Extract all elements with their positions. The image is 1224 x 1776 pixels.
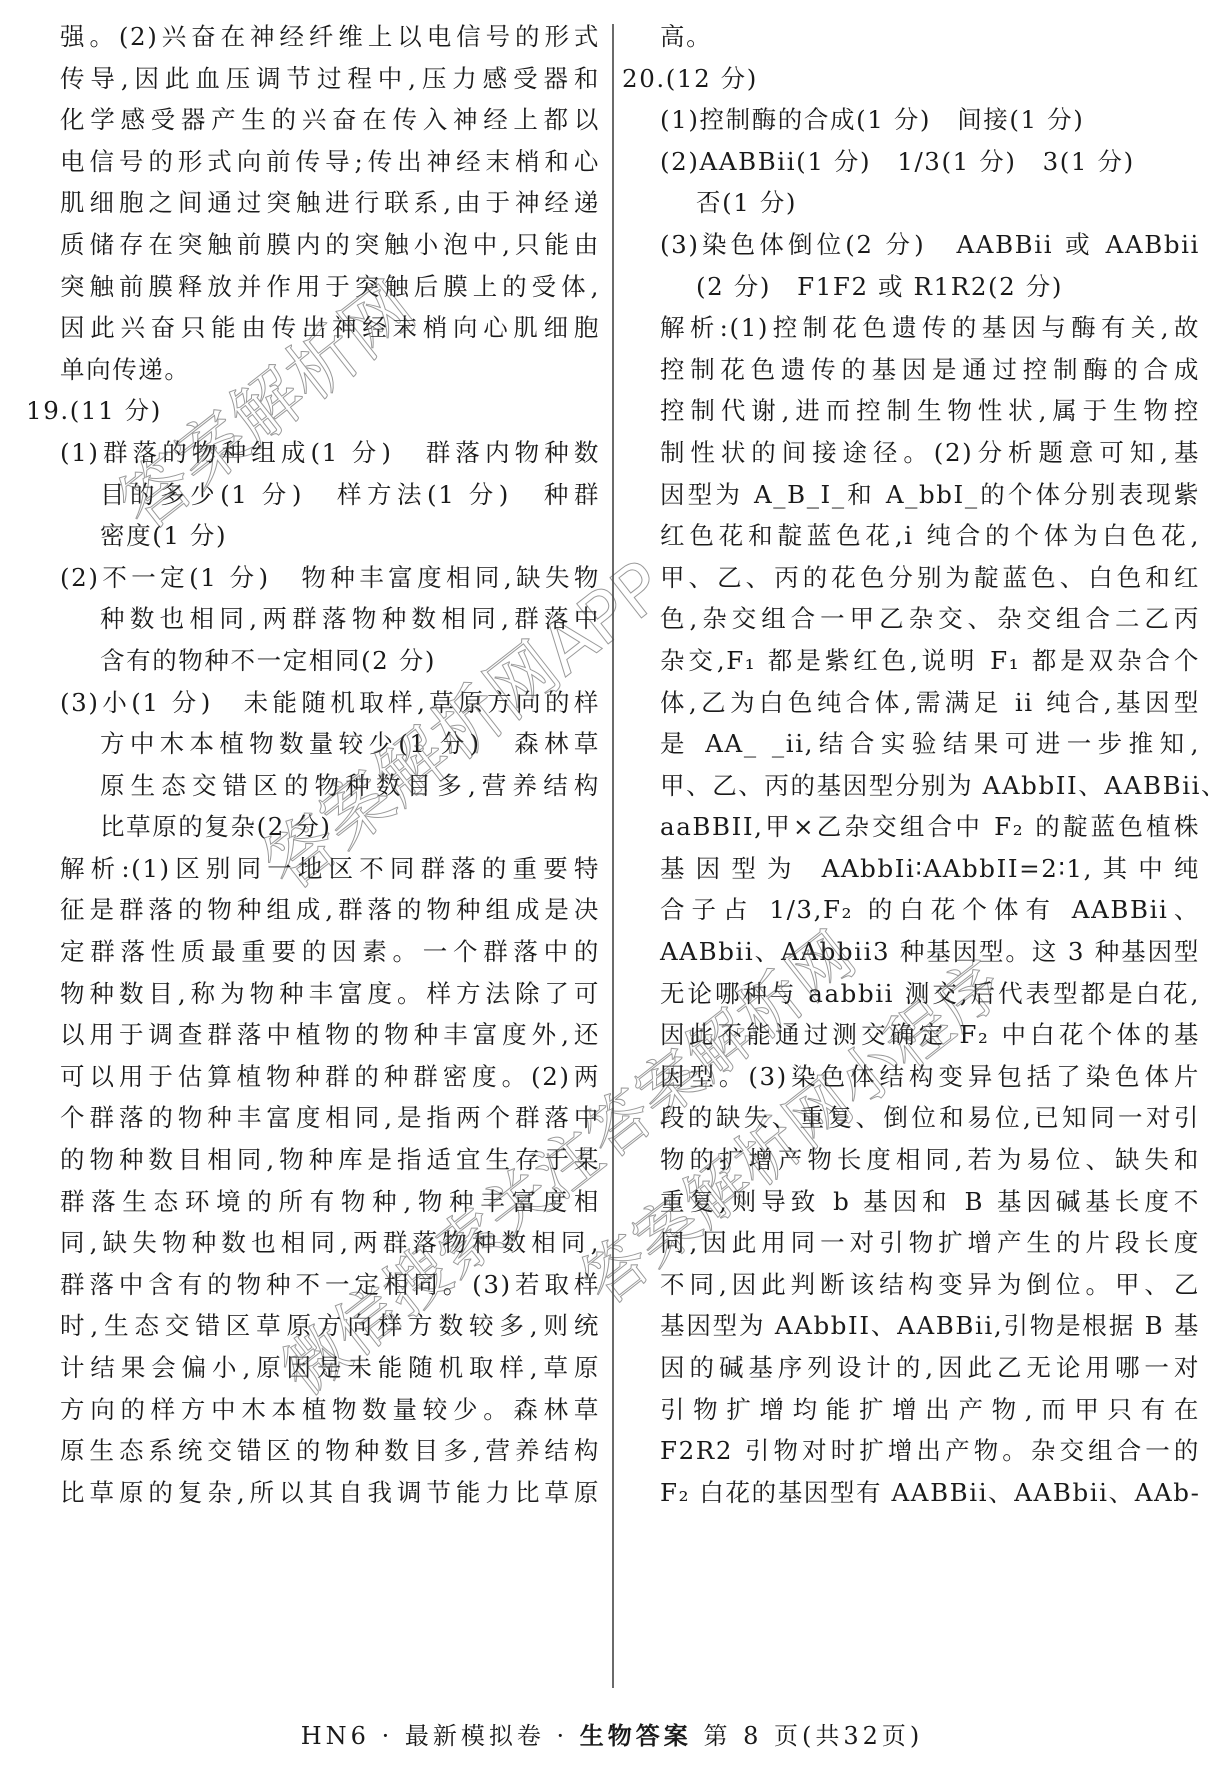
answer-line: 否(1 分) [660,182,1200,224]
answer-line: 种数也相同,两群落物种数相同,群落中 [60,598,600,640]
analysis-line: 因此不能通过测交确定 F₂ 中白花个体的基 [660,1014,1200,1056]
analysis-line: 基因型为 AAbbIi∶AAbbII=2∶1,其中纯 [660,848,1200,890]
analysis-line: 合子占 1/3,F₂ 的白花个体有 AABBii、 [660,889,1200,931]
answer-line: (1)控制酶的合成(1 分) 间接(1 分) [660,99,1200,141]
footer-subject: 生物答案 [580,1722,692,1750]
answer-line: (2 分) F1F2 或 R1R2(2 分) [660,266,1200,308]
analysis-line: 同,缺失物种数也相同,两群落物种数相同, [60,1222,600,1264]
analysis-line: 因型。(3)染色体结构变异包括了染色体片 [660,1056,1200,1098]
analysis-line: 段的缺失、重复、倒位和易位,已知同一对引 [660,1097,1200,1139]
footer-separator: · [557,1722,569,1750]
analysis-line: 时,生态交错区草原方向样方数较多,则统 [60,1305,600,1347]
analysis-line: 不同,因此判断该结构变异为倒位。甲、乙 [660,1264,1200,1306]
answer-line: (3)染色体倒位(2 分) AABBii 或 AABbii [660,224,1200,266]
analysis-line: 原生态系统交错区的物种数目多,营养结构 [60,1430,600,1472]
analysis-line: 征是群落的物种组成,群落的物种组成是决 [60,889,600,931]
analysis-line: 引物扩增均能扩增出产物,而甲只有在 [660,1389,1200,1431]
text-line: 单向传递。 [60,349,600,391]
analysis-line: 解析:(1)控制花色遗传的基因与酶有关,故 [660,307,1200,349]
analysis-line: 可以用于估算植物种群的种群密度。(2)两 [60,1056,600,1098]
text-line: 突触前膜释放并作用于突触后膜上的受体, [60,266,600,308]
analysis-line: 因的碱基序列设计的,因此乙无论用哪一对 [660,1347,1200,1389]
analysis-line: F2R2 引物对时扩增出产物。杂交组合一的 [660,1430,1200,1472]
analysis-line: F₂ 白花的基因型有 AABBii、AABbii、AAb- [660,1472,1200,1514]
answer-line: (2)AABBii(1 分) 1/3(1 分) 3(1 分) [660,141,1200,183]
analysis-line: 群落生态环境的所有物种,物种丰富度相 [60,1181,600,1223]
question-19-header: 19.(11 分) [26,390,600,432]
text-line: 因此兴奋只能由传出神经末梢向心肌细胞 [60,307,600,349]
analysis-line: 甲、乙、丙的基因型分别为 AAbbII、AABBii、 [660,765,1200,807]
text-line: 电信号的形式向前传导;传出神经末梢和心 [60,141,600,183]
analysis-line: 控制花色遗传的基因是通过控制酶的合成 [660,349,1200,391]
analysis-line: 比草原的复杂,所以其自我调节能力比草原 [60,1472,600,1514]
footer-page-number: 第 8 页(共32页) [703,1722,923,1750]
analysis-line: 以用于调查群落中植物的物种丰富度外,还 [60,1014,600,1056]
footer-separator: · [382,1722,394,1750]
question-20-header: 20.(12 分) [622,58,1200,100]
analysis-line: 杂交,F₁ 都是紫红色,说明 F₁ 都是双杂合个 [660,640,1200,682]
analysis-line: 方向的样方中木本植物数量较少。森林草 [60,1389,600,1431]
analysis-line: 是 AA_ _ii,结合实验结果可进一步推知, [660,723,1200,765]
answer-line: 比草原的复杂(2 分) [60,806,600,848]
analysis-line: 重复,则导致 b 基因和 B 基因碱基长度不 [660,1181,1200,1223]
analysis-line: 基因型为 AAbbII、AABBii,引物是根据 B 基 [660,1305,1200,1347]
answer-line: (2)不一定(1 分) 物种丰富度相同,缺失物 [60,557,600,599]
answer-line: 原生态交错区的物种数目多,营养结构 [60,765,600,807]
analysis-line: 制性状的间接途径。(2)分析题意可知,基 [660,432,1200,474]
analysis-line: 色,杂交组合一甲乙杂交、杂交组合二乙丙 [660,598,1200,640]
answer-line: (1)群落的物种组成(1 分) 群落内物种数 [60,432,600,474]
page-footer: HN6 · 最新模拟卷 · 生物答案 第 8 页(共32页) [0,1716,1224,1751]
analysis-line: 的物种数目相同,物种库是指适宜生存于某 [60,1139,600,1181]
answer-line: 目的多少(1 分) 样方法(1 分) 种群 [60,474,600,516]
analysis-line: 红色花和靛蓝色花,i 纯合的个体为白色花, [660,515,1200,557]
analysis-line: 计结果会偏小,原因是未能随机取样,草原 [60,1347,600,1389]
analysis-line: 群落中含有的物种不一定相同。(3)若取样 [60,1264,600,1306]
right-column: 高。 20.(12 分) (1)控制酶的合成(1 分) 间接(1 分) (2)A… [660,16,1200,1513]
analysis-line: 因型为 A_B_I_和 A_bbI_的个体分别表现紫 [660,474,1200,516]
analysis-line: 物的扩增产物长度相同,若为易位、缺失和 [660,1139,1200,1181]
answer-line: (3)小(1 分) 未能随机取样,草原方向的样 [60,682,600,724]
column-divider [612,24,614,1688]
analysis-line: 无论哪种与 aabbii 测交,后代表型都是白花, [660,973,1200,1015]
text-line: 化学感受器产生的兴奋在传入神经上都以 [60,99,600,141]
analysis-line: aaBBII,甲×乙杂交组合中 F₂ 的靛蓝色植株 [660,806,1200,848]
analysis-line: 物种数目,称为物种丰富度。样方法除了可 [60,973,600,1015]
analysis-line: 体,乙为白色纯合体,需满足 ii 纯合,基因型 [660,682,1200,724]
analysis-line: 个群落的物种丰富度相同,是指两个群落中 [60,1097,600,1139]
analysis-line: 控制代谢,进而控制生物性状,属于生物控 [660,390,1200,432]
answer-line: 含有的物种不一定相同(2 分) [60,640,600,682]
text-line: 强。(2)兴奋在神经纤维上以电信号的形式 [60,16,600,58]
left-column: 强。(2)兴奋在神经纤维上以电信号的形式 传导,因此血压调节过程中,压力感受器和… [60,16,600,1513]
analysis-line: 甲、乙、丙的花色分别为靛蓝色、白色和红 [660,557,1200,599]
text-line: 质储存在突触前膜内的突触小泡中,只能由 [60,224,600,266]
analysis-line: 同,因此用同一对引物扩增产生的片段长度 [660,1222,1200,1264]
answer-line: 密度(1 分) [60,515,600,557]
footer-code: HN6 [301,1722,370,1750]
analysis-line: 解析:(1)区别同一地区不同群落的重要特 [60,848,600,890]
analysis-line: 定群落性质最重要的因素。一个群落中的 [60,931,600,973]
text-line: 肌细胞之间通过突触进行联系,由于神经递 [60,182,600,224]
text-line: 传导,因此血压调节过程中,压力感受器和 [60,58,600,100]
text-line: 高。 [660,16,1200,58]
analysis-line: AABbii、AAbbii3 种基因型。这 3 种基因型 [660,931,1200,973]
footer-series: 最新模拟卷 [405,1722,545,1750]
answer-line: 方中木本植物数量较少(1 分) 森林草 [60,723,600,765]
